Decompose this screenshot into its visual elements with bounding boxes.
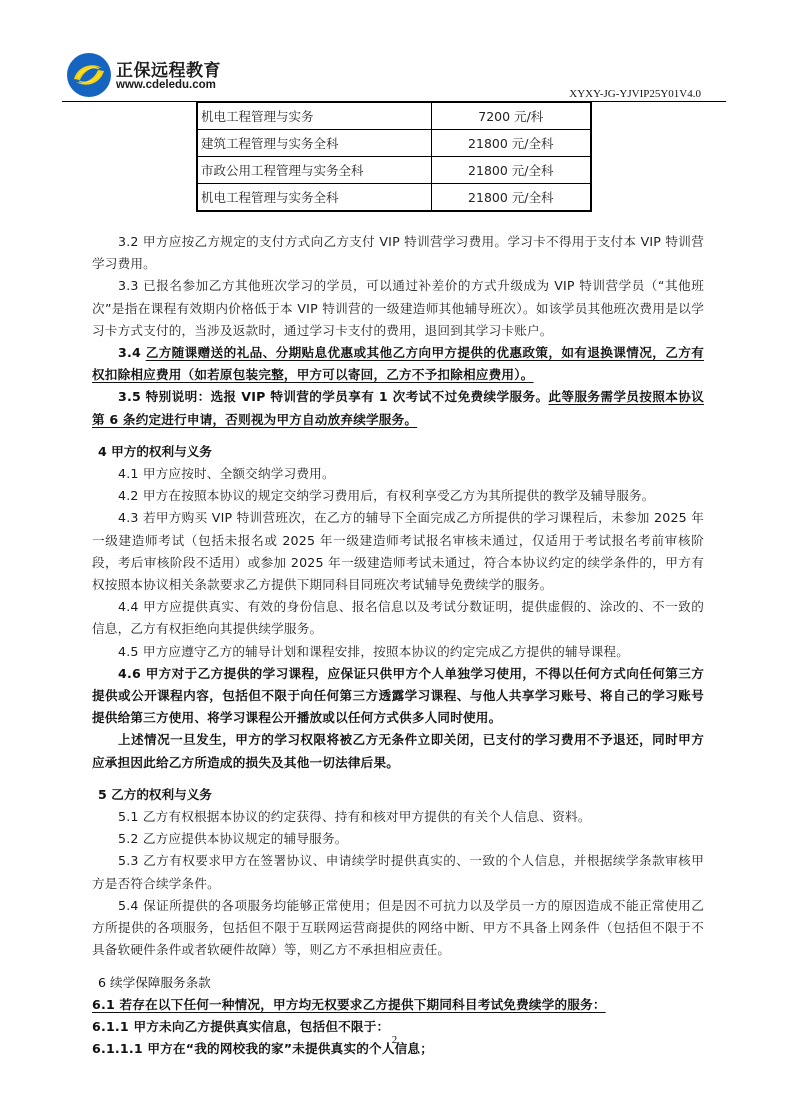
table-row: 市政公用工程管理与实务全科 21800 元/全科 <box>197 157 591 184</box>
section-6-title: 6 续学保障服务条款 <box>92 972 704 994</box>
brand-url: www.cdeledu.com <box>116 79 216 91</box>
clause-5-1: 5.1 乙方有权根据本协议的约定获得、持有和核对甲方提供的有关个人信息、资料。 <box>92 806 704 828</box>
clause-4-2: 4.2 甲方在按照本协议的规定交纳学习费用后，有权利享受乙方为其所提供的教学及辅… <box>92 485 704 507</box>
document-body: 3.2 甲方应按乙方规定的支付方式向乙方支付 VIP 特训营学习费用。学习卡不得… <box>92 231 704 1060</box>
clause-3-4-number: 3.4 <box>118 345 146 360</box>
clause-3-5: 3.5 特别说明：选报 VIP 特训营的学员享有 1 次考试不过免费续学服务。此… <box>92 386 704 430</box>
price-cell: 21800 元/全科 <box>431 130 591 157</box>
clause-6-1: 6.1 若存在以下任何一种情况，甲方均无权要求乙方提供下期同科目考试免费续学的服… <box>92 994 704 1016</box>
page-number: 2 <box>0 1034 789 1046</box>
price-cell: 21800 元/全科 <box>431 157 591 184</box>
clause-4-6-consequence: 上述情况一旦发生，甲方的学习权限将被乙方无条件立即关闭，已支付的学习费用不予退还… <box>92 729 704 773</box>
clause-3-2: 3.2 甲方应按乙方规定的支付方式向乙方支付 VIP 特训营学习费用。学习卡不得… <box>92 231 704 275</box>
clause-3-4: 3.4 乙方随课赠送的礼品、分期贴息优惠或其他乙方向甲方提供的优惠政策，如有退换… <box>92 342 704 386</box>
clause-4-4: 4.4 甲方应提供真实、有效的身份信息、报名信息以及考试分数证明，提供虚假的、涂… <box>92 596 704 640</box>
clause-4-1: 4.1 甲方应按时、全额交纳学习费用。 <box>92 463 704 485</box>
section-5-title: 5 乙方的权利与义务 <box>92 784 704 806</box>
clause-4-5: 4.5 甲方应遵守乙方的辅导计划和课程安排，按照本协议的约定完成乙方提供的辅导课… <box>92 641 704 663</box>
course-name-cell: 市政公用工程管理与实务全科 <box>197 157 431 184</box>
table-row: 机电工程管理与实务 7200 元/科 <box>197 103 591 130</box>
clause-5-3: 5.3 乙方有权要求甲方在签署协议、申请续学时提供真实的、一致的个人信息，并根据… <box>92 850 704 894</box>
clause-3-4-text: 乙方随课赠送的礼品、分期贴息优惠或其他乙方向甲方提供的优惠政策，如有退换课情况，… <box>92 345 704 382</box>
clause-5-4: 5.4 保证所提供的各项服务均能够正常使用；但是因不可抗力以及学员一方的原因造成… <box>92 895 704 962</box>
course-name-cell: 机电工程管理与实务全科 <box>197 184 431 212</box>
table-row: 建筑工程管理与实务全科 21800 元/全科 <box>197 130 591 157</box>
course-name-cell: 建筑工程管理与实务全科 <box>197 130 431 157</box>
fee-table: 机电工程管理与实务 7200 元/科 建筑工程管理与实务全科 21800 元/全… <box>196 102 592 212</box>
clause-4-6: 4.6 甲方对于乙方提供的学习课程，应保证只供甲方个人单独学习使用，不得以任何方… <box>92 663 704 730</box>
clause-4-3: 4.3 若甲方购买 VIP 特训营班次，在乙方的辅导下全面完成乙方所提供的学习课… <box>92 507 704 596</box>
price-cell: 21800 元/全科 <box>431 184 591 212</box>
document-code: XYXY-JG-YJVIP25Y01V4.0 <box>569 88 701 100</box>
clause-5-2: 5.2 乙方应提供本协议规定的辅导服务。 <box>92 828 704 850</box>
table-row: 机电工程管理与实务全科 21800 元/全科 <box>197 184 591 212</box>
price-cell: 7200 元/科 <box>431 103 591 130</box>
clause-3-5-text: 3.5 特别说明：选报 VIP 特训营的学员享有 1 次考试不过免费续学服务。 <box>118 389 548 404</box>
document-page: 正保远程教育 www.cdeledu.com XYXY-JG-YJVIP25Y0… <box>0 0 789 1120</box>
cdeledu-logo-icon <box>66 52 112 98</box>
brand-name: 正保远程教育 <box>116 56 221 81</box>
section-4-title: 4 甲方的权利与义务 <box>92 441 704 463</box>
course-name-cell: 机电工程管理与实务 <box>197 103 431 130</box>
clause-3-3: 3.3 已报名参加乙方其他班次学习的学员，可以通过补差价的方式升级成为 VIP … <box>92 275 704 342</box>
